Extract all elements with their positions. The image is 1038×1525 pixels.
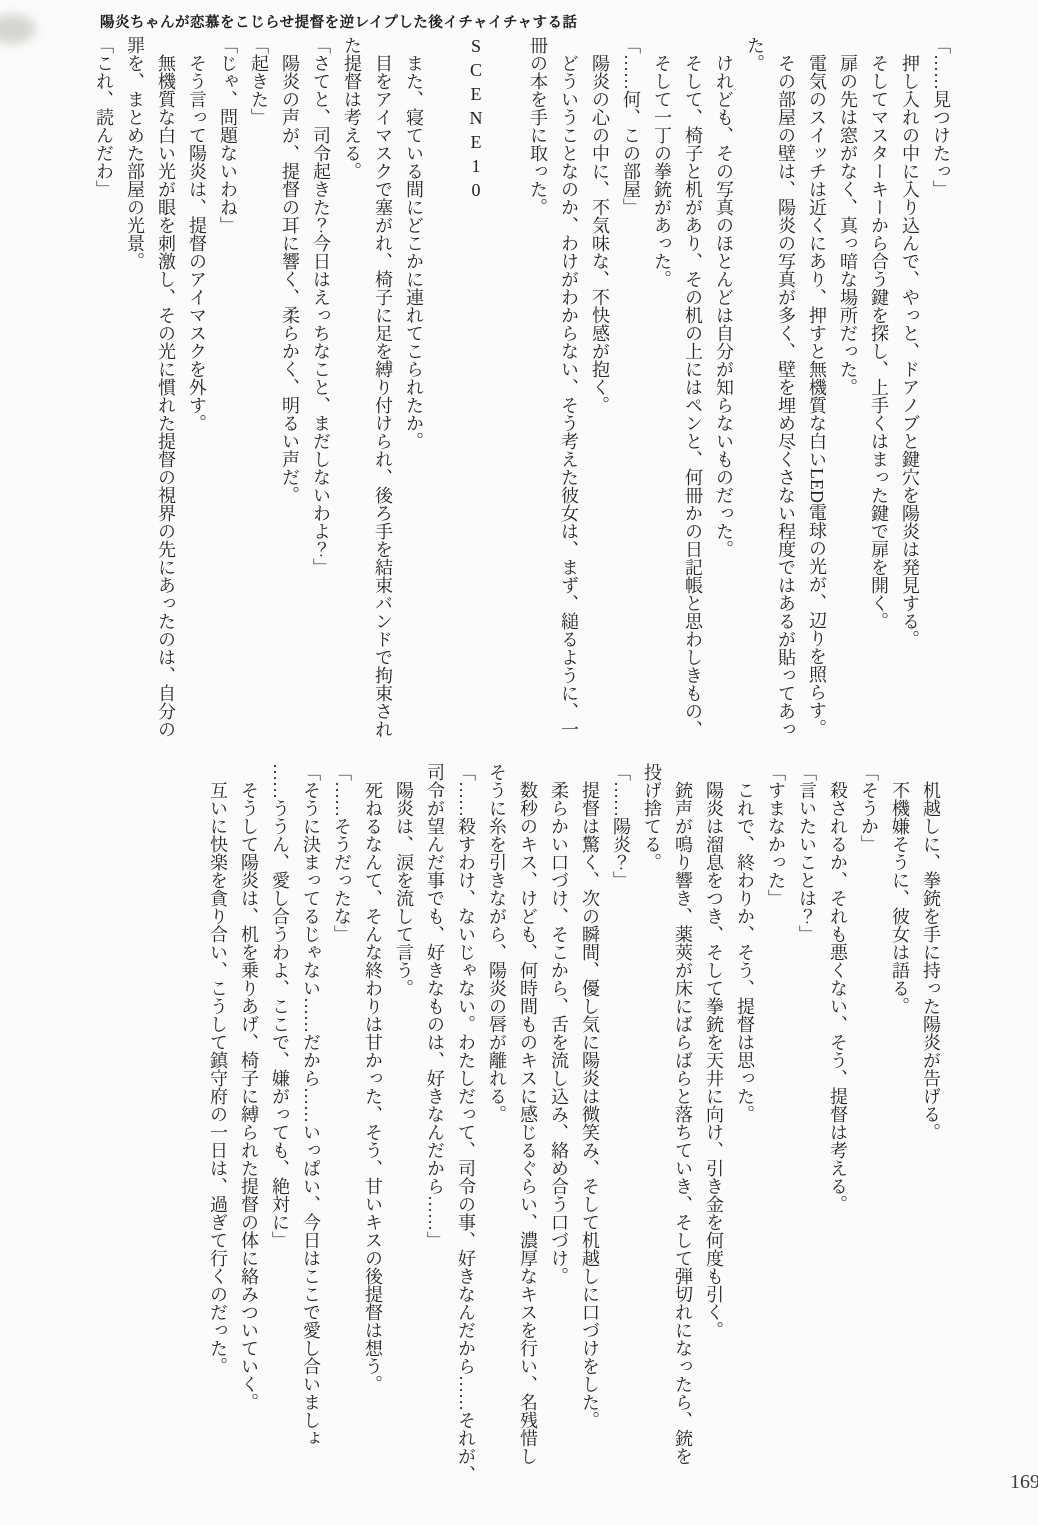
text-column: その部屋の壁は、陽炎の写真が多く、壁を埋め尽くさない程度ではあるが貼ってあっ bbox=[770, 36, 801, 760]
text-column: 「……殺すわけ、ないじゃない。わたしだって、司令の事、好きなんだから……それが、 bbox=[450, 763, 481, 1487]
scan-smudge bbox=[0, 14, 36, 44]
text-column: 司令が望んだ事でも、好きなものは、好きなんだから……」 bbox=[419, 763, 450, 1487]
text-column: 投げ捨てる。 bbox=[636, 763, 667, 1487]
text-column: 死ねるなんて、そんな終わりは甘かった、そう、甘いキスの後提督は想う。 bbox=[357, 763, 388, 1487]
text-column: 机越しに、拳銃を手に持った陽炎が告げる。 bbox=[915, 763, 946, 1487]
text-column: 「さてと、司令起きた？今日はえっちなこと、まだしないわよ？」 bbox=[305, 36, 336, 760]
text-column: また、寝ている間にどこかに連れてこられたか。 bbox=[398, 36, 429, 760]
text-column: ……ううん、愛し合うわよ、ここで、嫌がっても、絶対に」 bbox=[264, 763, 295, 1487]
text-column: そう言って陽炎は、提督のアイマスクを外す。 bbox=[181, 36, 212, 760]
text-column: 扉の先は窓がなく、真っ暗な場所だった。 bbox=[832, 36, 863, 760]
document-page: 陽炎ちゃんが恋慕をこじらせ提督を逆レイプした後イチャイチャする話 「……見つけた… bbox=[0, 0, 1038, 1525]
text-column: た提督は考える。 bbox=[336, 36, 367, 760]
text-column: 「言いたいことは？」 bbox=[791, 763, 822, 1487]
text-column: 「すまなかった」 bbox=[760, 763, 791, 1487]
text-column: 罪を、まとめた部屋の光景。 bbox=[119, 36, 150, 760]
blank-column bbox=[429, 36, 460, 760]
text-column: 陽炎は溜息をつき、そして拳銃を天井に向け、引き金を何度も引く。 bbox=[698, 763, 729, 1487]
text-column: 押し入れの中に入り込んで、やっと、ドアノブと鍵穴を陽炎は発見する。 bbox=[894, 36, 925, 760]
text-column: そして、椅子と机があり、その机の上にはペンと、何冊かの日記帳と思わしきもの、 bbox=[677, 36, 708, 760]
text-column: 殺されるか、それも悪くない、そう、提督は考える。 bbox=[822, 763, 853, 1487]
text-column: 目をアイマスクで塞がれ、椅子に足を縛り付けられ、後ろ手を結束バンドで拘束され bbox=[367, 36, 398, 760]
text-column: 銃声が鳴り響き、薬莢が床にばらばらと落ちていき、そして弾切れになったら、銃を bbox=[667, 763, 698, 1487]
text-column: 電気のスイッチは近くにあり、押すと無機質な白いLED電球の光が、辺りを照らす。 bbox=[801, 36, 832, 760]
text-column: 陽炎の声が、提督の耳に響く、柔らかく、明るい声だ。 bbox=[274, 36, 305, 760]
text-column: これで、終わりか、そう、提督は思った。 bbox=[729, 763, 760, 1487]
text-column: 「そうか」 bbox=[853, 763, 884, 1487]
top-text-block: 「……見つけたっ」押し入れの中に入り込んで、やっと、ドアノブと鍵穴を陽炎は発見す… bbox=[88, 36, 956, 760]
text-column: そしてマスターキーから合う鍵を探し、上手くはまった鍵で扉を開く。 bbox=[863, 36, 894, 760]
text-column: 「これ、読んだわ」 bbox=[88, 36, 119, 760]
text-column: 提督は驚く、次の瞬間、優し気に陽炎は微笑み、そして机越しに口づけをした。 bbox=[574, 763, 605, 1487]
text-column: 無機質な白い光が眼を刺激し、その光に慣れた提督の視界の先にあったのは、自分の bbox=[150, 36, 181, 760]
text-column: そうに糸を引きながら、陽炎の唇が離れる。 bbox=[481, 763, 512, 1487]
text-column: 「……陽炎？」 bbox=[605, 763, 636, 1487]
text-column: 陽炎は、涙を流して言う。 bbox=[388, 763, 419, 1487]
text-column: 「……そうだったな」 bbox=[326, 763, 357, 1487]
page-header-title: 陽炎ちゃんが恋慕をこじらせ提督を逆レイプした後イチャイチャする話 bbox=[100, 11, 578, 32]
text-column: 陽炎の心の中に、不気味な、不快感が抱く。 bbox=[584, 36, 615, 760]
blank-column bbox=[491, 36, 522, 760]
text-column: 「じゃ、問題ないわね」 bbox=[212, 36, 243, 760]
text-column: 「……見つけたっ」 bbox=[925, 36, 956, 760]
text-column: 冊の本を手に取った。 bbox=[522, 36, 553, 760]
text-column: 「そうに決まってるじゃない……だから……いっぱい、今日はここで愛し合いましょ bbox=[295, 763, 326, 1487]
text-column: 「起きた」 bbox=[243, 36, 274, 760]
text-column: 数秒のキス、けども、何時間ものキスに感じるぐらい、濃厚なキスを行い、名残惜し bbox=[512, 763, 543, 1487]
text-column: た。 bbox=[739, 36, 770, 760]
page-number: 169 bbox=[1010, 1471, 1038, 1494]
text-column: そして一丁の拳銃があった。 bbox=[646, 36, 677, 760]
text-column: 互いに快楽を貪り合い、こうして鎮守府の一日は、過ぎて行くのだった。 bbox=[202, 763, 233, 1487]
bottom-text-block: 机越しに、拳銃を手に持った陽炎が告げる。不機嫌そうに、彼女は語る。「そうか」殺さ… bbox=[202, 763, 946, 1487]
text-column: そうして陽炎は、机を乗りあげ、椅子に縛られた提督の体に絡みついていく。 bbox=[233, 763, 264, 1487]
text-column: 柔らかい口づけ、そこから、舌を流し込み、絡め合う口づけ。 bbox=[543, 763, 574, 1487]
text-column: どういうことなのか、わけがわからない、そう考えた彼女は、まず、縋るように、一 bbox=[553, 36, 584, 760]
text-column: けれども、その写真のほとんどは自分が知らないものだった。 bbox=[708, 36, 739, 760]
text-column: 「……何、この部屋」 bbox=[615, 36, 646, 760]
text-column: 不機嫌そうに、彼女は語る。 bbox=[884, 763, 915, 1487]
scene-heading: SCENE10 bbox=[460, 36, 491, 760]
